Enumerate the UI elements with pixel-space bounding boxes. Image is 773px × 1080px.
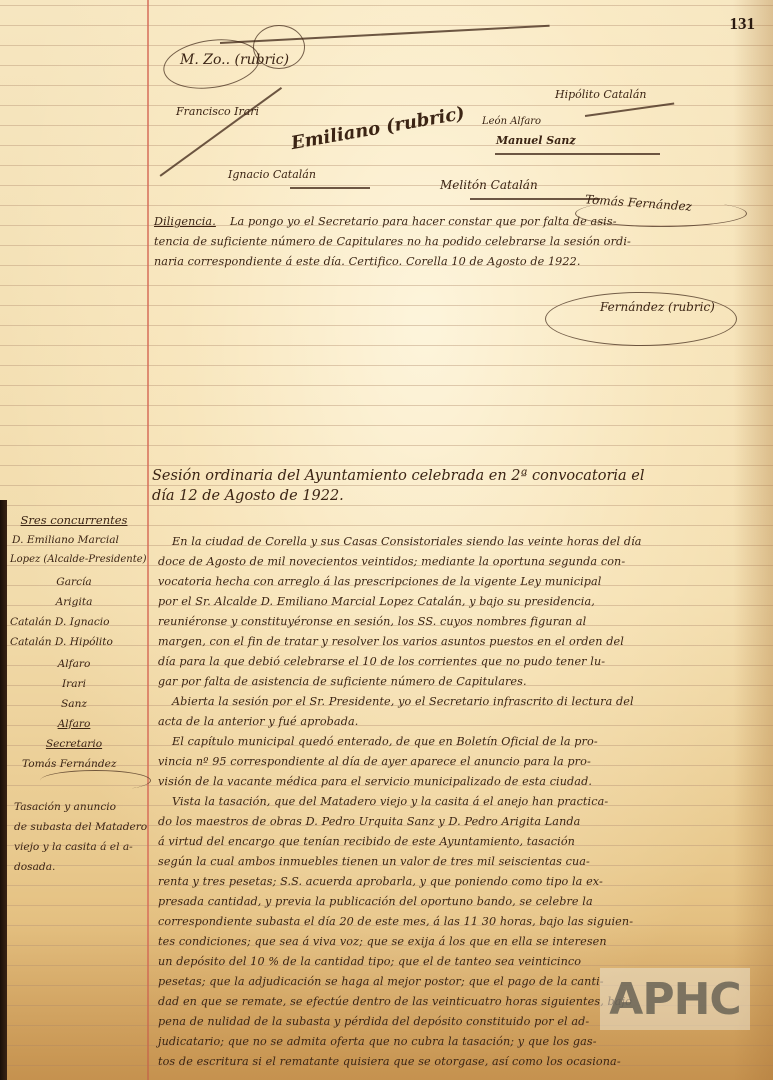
signature: Ignacio Catalán [228, 168, 316, 181]
body-line: correspondiente subasta el día 20 de est… [158, 912, 633, 932]
attendee: Alfaro [6, 654, 142, 674]
body-line: á virtud del encargo que tenían recibido… [158, 832, 575, 852]
body-line: dad en que se remate, se efectúe dentro … [158, 992, 632, 1012]
body-line: por el Sr. Alcalde D. Emiliano Marcial L… [158, 592, 595, 612]
body-line: doce de Agosto de mil novecientos veinti… [158, 552, 625, 572]
body-line: vincia nº 95 correspondiente al día de a… [158, 752, 591, 772]
attendee: García [6, 572, 142, 592]
signature: Manuel Sanz [496, 134, 576, 147]
body-line: gar por falta de asistencia de suficient… [158, 672, 527, 692]
attendee: Sanz [6, 694, 142, 714]
attendees-heading: Sres concurrentes [6, 510, 142, 530]
attendee: Lopez (Alcalde-Presidente) [10, 550, 147, 570]
rubric-flourish [545, 292, 737, 346]
body-line: día para la que debió celebrarse el 10 d… [158, 652, 605, 672]
body-line: judicatario; que no se admita oferta que… [158, 1032, 597, 1052]
body-line: renta y tres pesetas; S.S. acuerda aprob… [158, 872, 603, 892]
signature-stroke [470, 198, 600, 200]
session-title-line: día 12 de Agosto de 1922. [152, 486, 344, 506]
margin-rule [147, 0, 149, 1080]
diligencia-line: La pongo yo el Secretario para hacer con… [230, 212, 617, 232]
body-line: pesetas; que la adjudicación se haga al … [158, 972, 604, 992]
margin-note-line: dosada. [14, 857, 55, 877]
attendee: Catalán D. Ignacio [10, 612, 110, 632]
session-title-line: Sesión ordinaria del Ayuntamiento celebr… [152, 466, 645, 486]
body-line: presada cantidad, y previa la publicació… [158, 892, 593, 912]
diligencia-line: naria correspondiente á este día. Certif… [154, 252, 581, 272]
body-line: reuniéronse y constituyéronse en sesión,… [158, 612, 586, 632]
diligencia-label: Diligencia. [154, 212, 216, 232]
attendee: Catalán D. Hipólito [10, 632, 113, 652]
signature: Melitón Catalán [440, 178, 538, 192]
margin-note-line: de subasta del Matadero [14, 817, 147, 837]
attendee: Arigita [6, 592, 142, 612]
body-line: acta de la anterior y fué aprobada. [158, 712, 358, 732]
body-line: según la cual ambos inmuebles tienen un … [158, 852, 590, 872]
signature-stroke [495, 153, 660, 155]
body-line: do los maestros de obras D. Pedro Urquit… [158, 812, 580, 832]
attendee: Irari [6, 674, 142, 694]
page-number: 131 [730, 14, 756, 34]
signature: León Alfaro [482, 116, 541, 127]
attendee: D. Emiliano Marcial [12, 530, 119, 550]
body-line: margen, con el fin de tratar y resolver … [158, 632, 624, 652]
body-line: Vista la tasación, que del Matadero viej… [172, 792, 608, 812]
body-line: pena de nulidad de la subasta y pérdida … [158, 1012, 589, 1032]
body-line: vocatoria hecha con arreglo á las prescr… [158, 572, 601, 592]
secretary-heading: Secretario [6, 734, 142, 754]
body-line: tos de escritura si el rematante quisier… [158, 1052, 621, 1072]
page-edge-shadow [733, 0, 773, 1080]
signature: Hipólito Catalán [555, 88, 646, 101]
body-line: un depósito del 10 % de la cantidad tipo… [158, 952, 581, 972]
body-line: El capítulo municipal quedó enterado, de… [172, 732, 598, 752]
signature-stroke [290, 187, 370, 189]
attendee: Alfaro [6, 714, 142, 734]
body-line: tes condiciones; que sea á viva voz; que… [158, 932, 607, 952]
rubric-flourish [40, 770, 151, 791]
body-line: En la ciudad de Corella y sus Casas Cons… [172, 532, 642, 552]
archive-watermark: APHC [600, 968, 750, 1030]
rubric-flourish [253, 25, 305, 69]
body-line: visión de la vacante médica para el serv… [158, 772, 592, 792]
body-line: Abierta la sesión por el Sr. Presidente,… [172, 692, 634, 712]
diligencia-line: tencia de suficiente número de Capitular… [154, 232, 631, 252]
margin-note-line: viejo y la casita á el a- [14, 837, 133, 857]
margin-note-line: Tasación y anuncio [14, 797, 116, 817]
